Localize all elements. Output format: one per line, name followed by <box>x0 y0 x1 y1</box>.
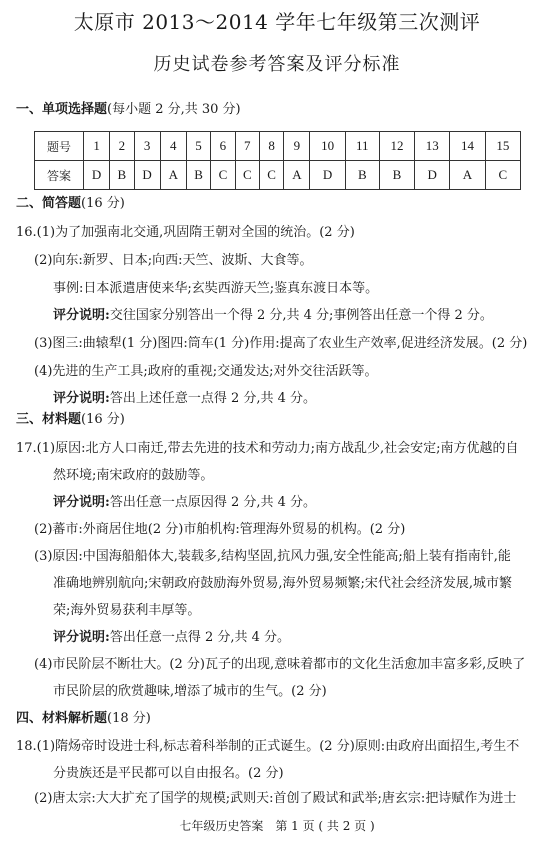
document-subtitle: 历史试卷参考答案及评分标准 <box>0 50 554 76</box>
answer-table: 题号 1 2 3 4 5 6 7 8 9 10 11 12 13 14 15 答… <box>34 131 521 190</box>
table-cell: C <box>211 161 235 190</box>
table-cell: C <box>485 161 520 190</box>
table-cell: B <box>110 161 134 190</box>
table-cell: D <box>84 161 110 190</box>
section-heading-2: 二、简答题(16 分) <box>16 195 125 213</box>
section-title: 一、单项选择题 <box>16 102 107 117</box>
answer-line: 荣;海外贸易获利丰厚等。 <box>53 602 200 620</box>
answer-line: 分贵族还是平民都可以自由报名。(2 分) <box>53 765 284 783</box>
answer-line: (2)向东:新罗、日本;向西:天竺、波斯、大食等。 <box>34 252 313 270</box>
table-cell: 10 <box>310 132 345 161</box>
answer-line: (4)市民阶层不断壮大。(2 分)瓦子的出现,意味着都市的文化生活愈加丰富多彩,… <box>34 656 525 674</box>
table-cell: 9 <box>284 132 310 161</box>
table-cell: 8 <box>259 132 283 161</box>
answer-line: (4)先进的生产工具;政府的重视;交通发达;对外交往活跃等。 <box>34 363 378 381</box>
table-cell: 14 <box>450 132 485 161</box>
row-label: 题号 <box>35 132 84 161</box>
section-heading-4: 四、材料解析题(18 分) <box>16 710 151 728</box>
section-title: 二、简答题 <box>16 196 81 211</box>
section-title: 三、材料题 <box>16 412 81 427</box>
table-cell: 5 <box>186 132 210 161</box>
answer-line: 事例:日本派遣唐使来华;玄奘西游天竺;鉴真东渡日本等。 <box>53 280 378 298</box>
answer-line: 然环境;南宋政府的鼓励等。 <box>53 467 213 485</box>
section-note: (18 分) <box>107 711 151 726</box>
answer-line: (3)原因:中国海船船体大,装载多,结构坚固,抗风力强,安全性能高;船上装有指南… <box>34 548 511 566</box>
table-cell: D <box>415 161 450 190</box>
scoring-label: 评分说明: <box>53 630 110 645</box>
table-cell: 6 <box>211 132 235 161</box>
answer-line: 16.(1)为了加强南北交通,巩固隋王朝对全国的统治。(2 分) <box>16 224 355 242</box>
table-cell: 1 <box>84 132 110 161</box>
section-note: (16 分) <box>81 412 125 427</box>
scoring-note: 评分说明:答出任意一点原因得 2 分,共 4 分。 <box>53 494 316 512</box>
document-title: 太原市 2013～2014 学年七年级第三次测评 <box>0 6 554 35</box>
table-cell: B <box>186 161 210 190</box>
answer-line: 市民阶层的欣赏趣味,增添了城市的生气。(2 分) <box>53 683 327 701</box>
table-cell: A <box>284 161 310 190</box>
scoring-label: 评分说明: <box>53 495 110 510</box>
table-cell: 2 <box>110 132 134 161</box>
table-cell: B <box>345 161 379 190</box>
table-cell: 11 <box>345 132 379 161</box>
table-cell: A <box>450 161 485 190</box>
answer-line: (3)图三:曲辕犁(1 分)图四:筒车(1 分)作用:提高了农业生产效率,促进经… <box>34 335 527 353</box>
table-cell: 7 <box>235 132 259 161</box>
page-footer: 七年级历史答案 第 1 页 ( 共 2 页 ) <box>0 817 554 834</box>
table-cell: D <box>134 161 160 190</box>
table-cell: A <box>160 161 186 190</box>
section-heading-3: 三、材料题(16 分) <box>16 411 125 429</box>
table-cell: C <box>259 161 283 190</box>
table-cell: 3 <box>134 132 160 161</box>
answer-line: (2)唐太宗:大大扩充了国学的规模;武则天:首创了殿试和武举;唐玄宗:把诗赋作为… <box>34 790 516 808</box>
table-cell: 12 <box>379 132 414 161</box>
table-row-answers: 答案 D B D A B C C C A D B B D A C <box>35 161 521 190</box>
scoring-label: 评分说明: <box>53 308 110 323</box>
section-title: 四、材料解析题 <box>16 711 107 726</box>
table-cell: 4 <box>160 132 186 161</box>
table-row-numbers: 题号 1 2 3 4 5 6 7 8 9 10 11 12 13 14 15 <box>35 132 521 161</box>
answer-line: (2)蕃市:外商居住地(2 分)市舶机构:管理海外贸易的机构。(2 分) <box>34 521 405 539</box>
table-cell: D <box>310 161 345 190</box>
table-cell: B <box>379 161 414 190</box>
scoring-note: 评分说明:答出上述任意一点得 2 分,共 4 分。 <box>53 390 316 408</box>
table-cell: 15 <box>485 132 520 161</box>
section-note: (每小题 2 分,共 30 分) <box>107 102 241 117</box>
row-label: 答案 <box>35 161 84 190</box>
table-cell: 13 <box>415 132 450 161</box>
table-cell: C <box>235 161 259 190</box>
section-note: (16 分) <box>81 196 125 211</box>
scoring-note: 评分说明:交往国家分别答出一个得 2 分,共 4 分;事例答出任意一个得 2 分… <box>53 307 493 325</box>
answer-line: 17.(1)原因:北方人口南迁,带去先进的技术和劳动力;南方战乱少,社会安定;南… <box>16 440 519 458</box>
section-heading-1: 一、单项选择题(每小题 2 分,共 30 分) <box>16 101 241 119</box>
answer-line: 18.(1)隋炀帝时设进士科,标志着科举制的正式诞生。(2 分)原则:由政府出面… <box>16 738 519 756</box>
scoring-label: 评分说明: <box>53 391 110 406</box>
scoring-note: 评分说明:答出任意一点得 2 分,共 4 分。 <box>53 629 290 647</box>
answer-line: 准确地辨别航向;宋朝政府鼓励海外贸易,海外贸易频繁;宋代社会经济发展,城市繁 <box>53 575 512 593</box>
